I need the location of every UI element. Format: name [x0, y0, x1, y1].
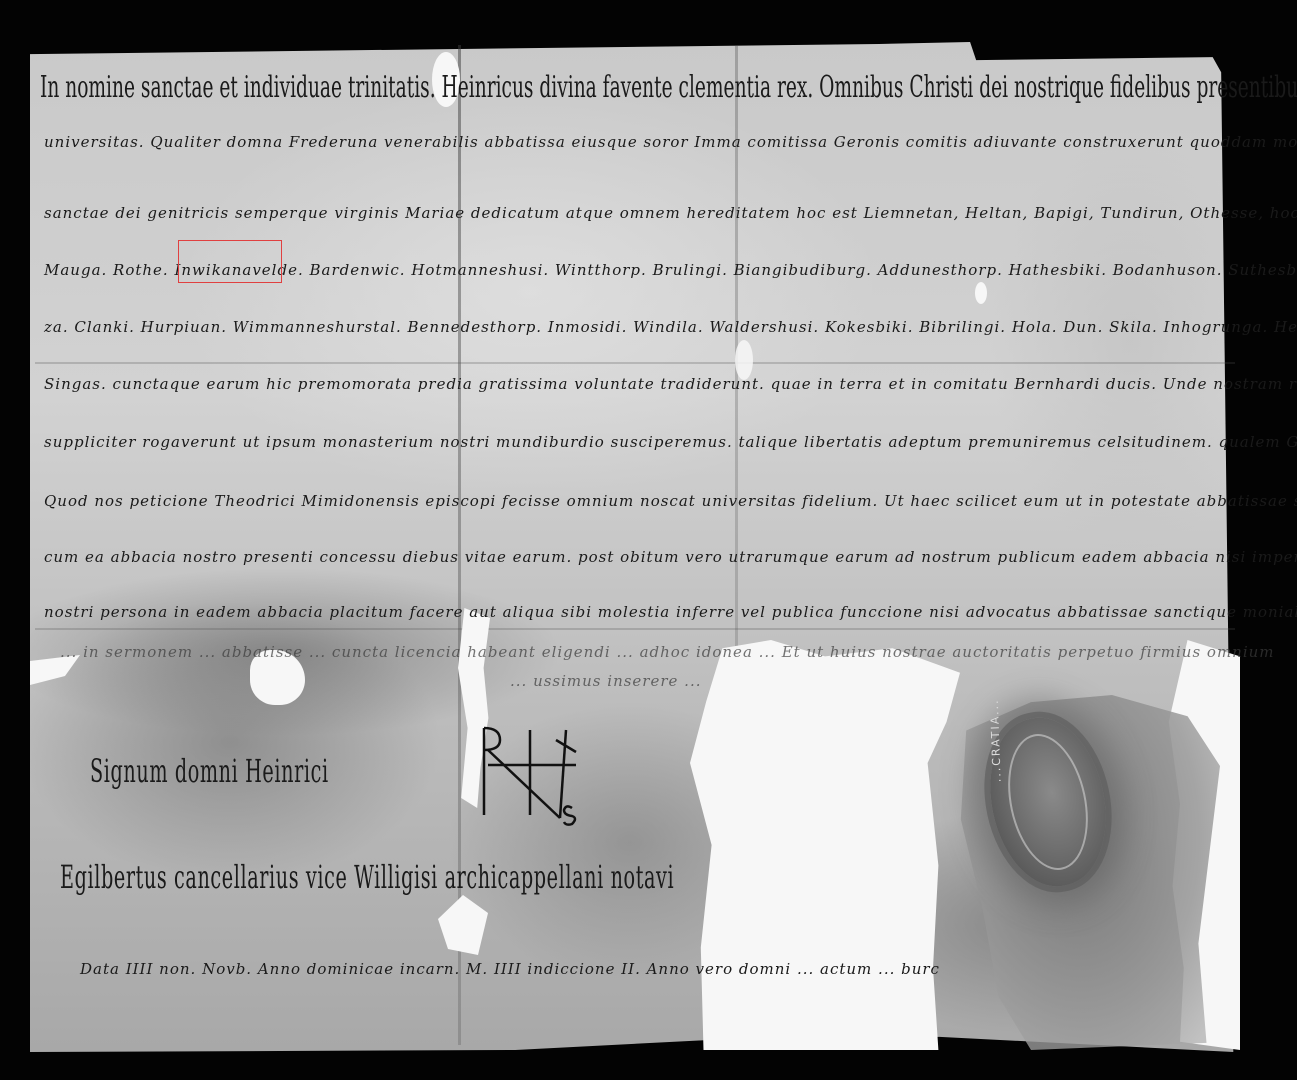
- highlighted-word-box: [178, 240, 282, 283]
- charter-line-faded: ... ussimus inserere ...: [510, 672, 701, 690]
- photo-stage: ...CRATIA... In nomine sanctae et indivi…: [0, 0, 1297, 1080]
- charter-line: sanctae dei genitricis semperque virgini…: [44, 204, 1297, 222]
- charter-line: suppliciter rogaverunt ut ipsum monaster…: [44, 433, 1297, 451]
- charter-line: nostri persona in eadem abbacia placitum…: [44, 603, 1297, 621]
- charter-line-invocation: In nomine sanctae et individuae trinitat…: [40, 70, 1297, 105]
- charter-line: Quod nos peticione Theodrici Mimidonensi…: [44, 492, 1297, 510]
- seal-rim: [996, 727, 1099, 878]
- charter-line: cum ea abbacia nostro presenti concessu …: [44, 548, 1297, 566]
- horizontal-fold: [35, 362, 1235, 364]
- dating-line: Data IIII non. Novb. Anno dominicae inca…: [80, 960, 940, 978]
- charter-line: za. Clanki. Hurpiuan. Wimmanneshurstal. …: [44, 318, 1297, 336]
- parchment-hole: [735, 340, 753, 380]
- charter-line: Singas. cunctaque earum hic premomorata …: [44, 375, 1297, 393]
- recognition-line: Egilbertus cancellarius vice Willigisi a…: [60, 858, 674, 896]
- charter-line-faded: ... in sermonem ... abbatisse ... cuncta…: [60, 643, 1275, 661]
- parchment-hole: [690, 640, 960, 1050]
- charter-line: universitas. Qualiter domna Frederuna ve…: [44, 133, 1297, 151]
- horizontal-fold: [35, 628, 1235, 630]
- signum-line: Signum domni Heinrici: [90, 752, 329, 790]
- parchment-hole: [975, 282, 987, 304]
- royal-monogram-icon: [478, 720, 578, 830]
